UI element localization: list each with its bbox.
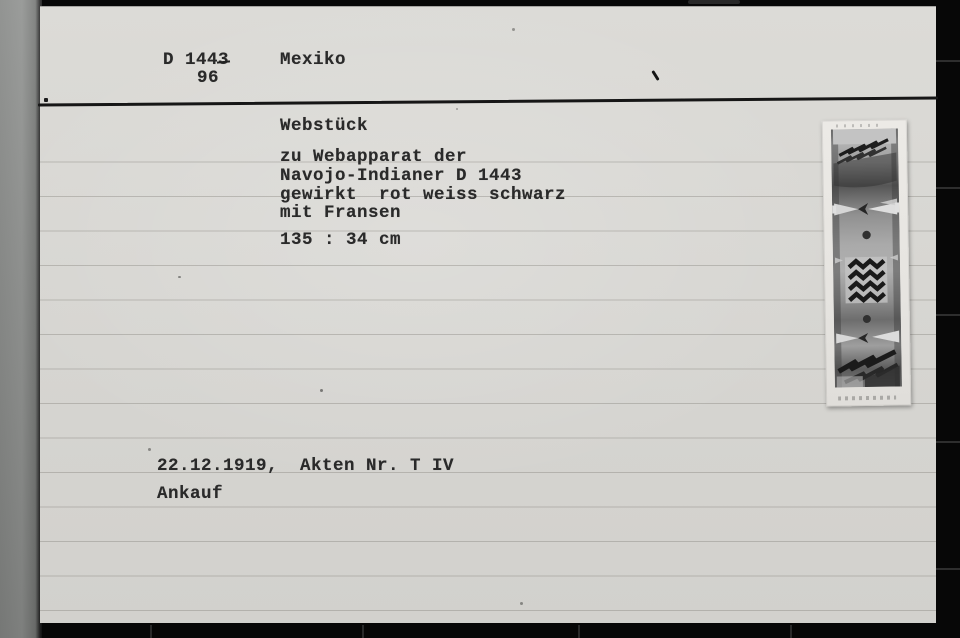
catalog-number: D 1443	[163, 51, 229, 70]
tile-seam	[578, 625, 580, 638]
tile-seam	[936, 568, 960, 570]
tile-seam	[790, 625, 792, 638]
backdrop-smudge	[688, 0, 740, 4]
paper-speck	[320, 389, 323, 392]
tile-seam	[936, 441, 960, 443]
ink-speck	[44, 98, 48, 102]
date-and-file-line: 22.12.1919, Akten Nr. T IV	[157, 457, 454, 476]
paper-speck	[148, 448, 151, 451]
table-edge-strip	[0, 0, 42, 638]
tile-seam	[150, 625, 152, 638]
description-line: mit Fransen	[280, 204, 566, 223]
catalog-number-struck-digit: 3	[218, 51, 229, 70]
description-block: zu Webapparat derNavojo-Indianer D 1443g…	[280, 148, 566, 223]
object-title: Webstück	[280, 117, 368, 136]
tile-seam	[362, 625, 364, 638]
paper-speck	[456, 108, 458, 110]
acquisition-label: Ankauf	[157, 485, 223, 504]
paper-speck	[520, 602, 523, 605]
photo-top-marks	[836, 124, 880, 128]
archive-card-scan: D 1443 96 Mexiko Webstück zu Webapparat …	[0, 0, 960, 638]
textile-strip-image	[831, 128, 902, 387]
paper-speck	[178, 276, 181, 278]
photo-caption-marks	[838, 396, 896, 401]
dimensions-label: 135 : 34 cm	[280, 231, 401, 250]
pen-tick-mark	[651, 70, 659, 81]
catalog-card: D 1443 96 Mexiko Webstück zu Webapparat …	[40, 6, 936, 623]
tile-seam	[936, 187, 960, 189]
header-separator-rule	[38, 96, 938, 106]
paper-speck	[512, 28, 515, 31]
description-line: Navojo-Indianer D 1443	[280, 167, 566, 186]
region-label: Mexiko	[280, 51, 346, 70]
description-line: gewirkt rot weiss schwarz	[280, 186, 566, 205]
catalog-sub-number: 96	[197, 69, 219, 88]
description-line: zu Webapparat der	[280, 148, 566, 167]
textile-photo	[822, 119, 911, 406]
tile-seam	[936, 60, 960, 62]
tile-seam	[936, 314, 960, 316]
catalog-number-prefix: D 144	[163, 50, 218, 70]
